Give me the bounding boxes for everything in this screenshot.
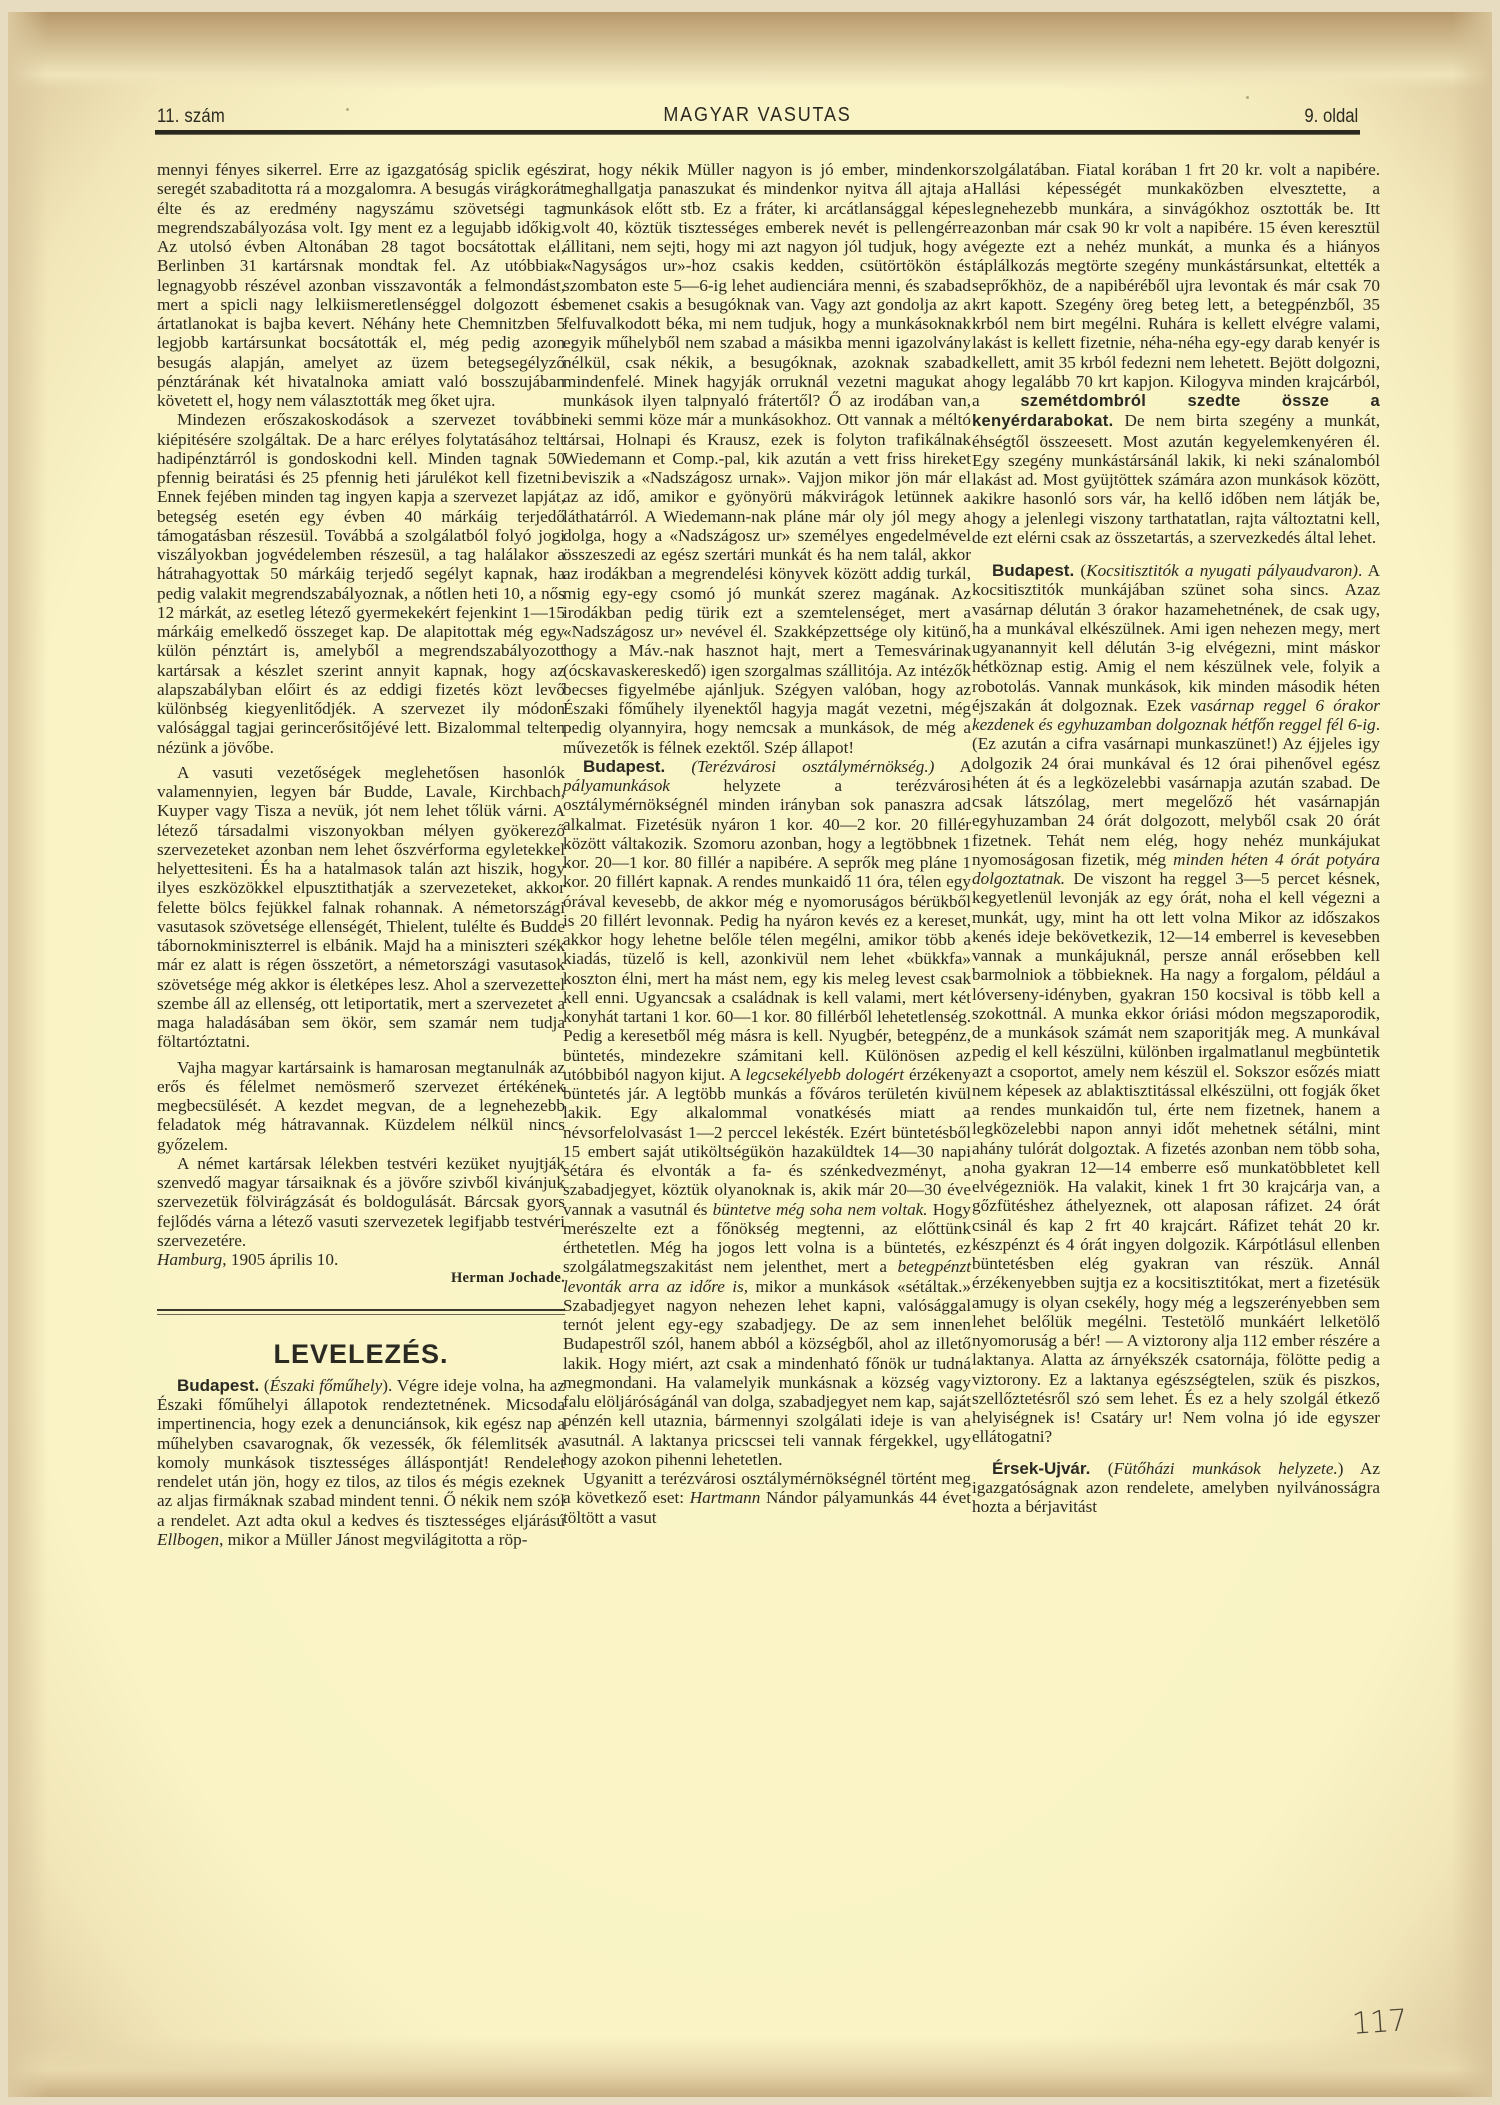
column-right: szolgálatában. Fiatal korában 1 frt 20 k…	[972, 160, 1380, 1516]
dateline-date: , 1905 április 10.	[222, 1250, 338, 1269]
letter-text: szolgálatában. Fiatal korában 1 frt 20 k…	[972, 160, 1380, 410]
paper-speck	[560, 1185, 563, 1188]
article-paragraph: Vajha magyar kartársaink is hamarosan me…	[157, 1058, 565, 1154]
letter-paragraph: Érsek-Ujvár. (Fütőházi munkások helyzete…	[972, 1459, 1380, 1517]
paper-speck	[1246, 96, 1249, 99]
letter-place: Érsek-Ujvár.	[992, 1459, 1090, 1478]
letter-paragraph: Budapest. (Terézvárosi osztálymérnökség.…	[563, 757, 971, 1469]
letter-place: Budapest.	[992, 561, 1074, 580]
letter-text: Végre ideje volna, ha az Északi főműhely…	[157, 1376, 565, 1530]
letter-place: Budapest.	[177, 1376, 259, 1395]
letter-subtitle: Kocsitisztitók a nyugati pályaudvaron)	[1086, 561, 1358, 580]
article-paragraph: mennyi fényes sikerrel. Erre az igazgató…	[157, 160, 565, 410]
letter-text: A	[960, 757, 971, 776]
column-left: mennyi fényes sikerrel. Erre az igazgató…	[157, 160, 565, 1549]
letter-text: . A kocsitisztitók munkájában szünet soh…	[972, 561, 1380, 715]
paper-stain-top	[8, 12, 1492, 90]
letter-paragraph: Budapest. (Északi főműhely). Végre ideje…	[157, 1376, 565, 1549]
column-middle: irat, hogy nékik Müller nagyon is jó emb…	[563, 160, 971, 1527]
article-paragraph: Mindezen erőszakoskodások a szervezet to…	[157, 410, 565, 757]
letter-text: De nem birta szegény a munkát, éhségtől …	[972, 411, 1380, 547]
letter-paragraph: irat, hogy nékik Müller nagyon is jó emb…	[563, 160, 971, 757]
letter-text: . (Ez azután a cifra vasárnapi munkaszün…	[972, 715, 1380, 869]
paper-stain-bottom	[8, 2037, 1492, 2097]
letter-subtitle: Fütőházi munkások helyzete.	[1113, 1459, 1337, 1478]
emphasis-text: pályamunkások	[563, 776, 670, 795]
letter-subtitle: (Terézvárosi osztálymérnökség.)	[691, 757, 934, 776]
section-heading: LEVELEZÉS.	[157, 1345, 565, 1364]
letter-paragraph: szolgálatában. Fiatal korában 1 frt 20 k…	[972, 160, 1380, 547]
emphasis-text: legcsekélyebb dologért	[745, 1065, 904, 1084]
header-rule	[155, 130, 1360, 135]
emphasis-text: büntetve még soha nem voltak.	[713, 1200, 928, 1219]
archive-page-note: 117	[1351, 2003, 1408, 2042]
person-name: Ellbogen	[157, 1530, 219, 1549]
dateline: Hamburg, 1905 április 10.	[157, 1250, 565, 1269]
letter-place: Budapest.	[583, 757, 665, 776]
letter-text: De viszont ha reggel 3—5 percet késnek, …	[972, 869, 1380, 1446]
person-name: Hartmann	[690, 1488, 761, 1507]
letter-text: , mikor a Müller Jánost megvilágitotta a…	[219, 1530, 527, 1549]
paper-speck	[1358, 246, 1361, 249]
section-divider	[157, 1309, 565, 1315]
article-paragraph: A német kartársak lélekben testvéri kezü…	[157, 1154, 565, 1250]
running-header: 11. szám MAGYAR VASUTAS 9. oldal	[155, 100, 1360, 130]
author-signature: Herman Jochade.	[157, 1269, 565, 1288]
letter-paragraph: Budapest. (Kocsitisztitók a nyugati pály…	[972, 561, 1380, 1447]
letter-subtitle: Északi főműhely	[270, 1376, 383, 1395]
article-paragraph: A vasuti vezetőségek meglehetősen hasonl…	[157, 763, 565, 1052]
paper-stain-right	[1452, 12, 1492, 2097]
letter-text: helyzete a terézvárosi osztálymérnökségn…	[563, 776, 971, 1084]
dateline-place: Hamburg	[157, 1250, 222, 1269]
letter-text: érzékeny büntetés jár. A legtöbb munkás …	[563, 1065, 971, 1219]
letter-text: mikor a munkások «sétáltak.» Szabadjegye…	[563, 1277, 971, 1469]
letter-paragraph: Ugyanitt a terézvárosi osztálymérnökségn…	[563, 1469, 971, 1527]
paper-speck	[346, 108, 349, 111]
paper-stain-left	[8, 12, 48, 2097]
newspaper-title: MAGYAR VASUTAS	[215, 104, 1300, 127]
page-number: 9. oldal	[1304, 106, 1358, 128]
